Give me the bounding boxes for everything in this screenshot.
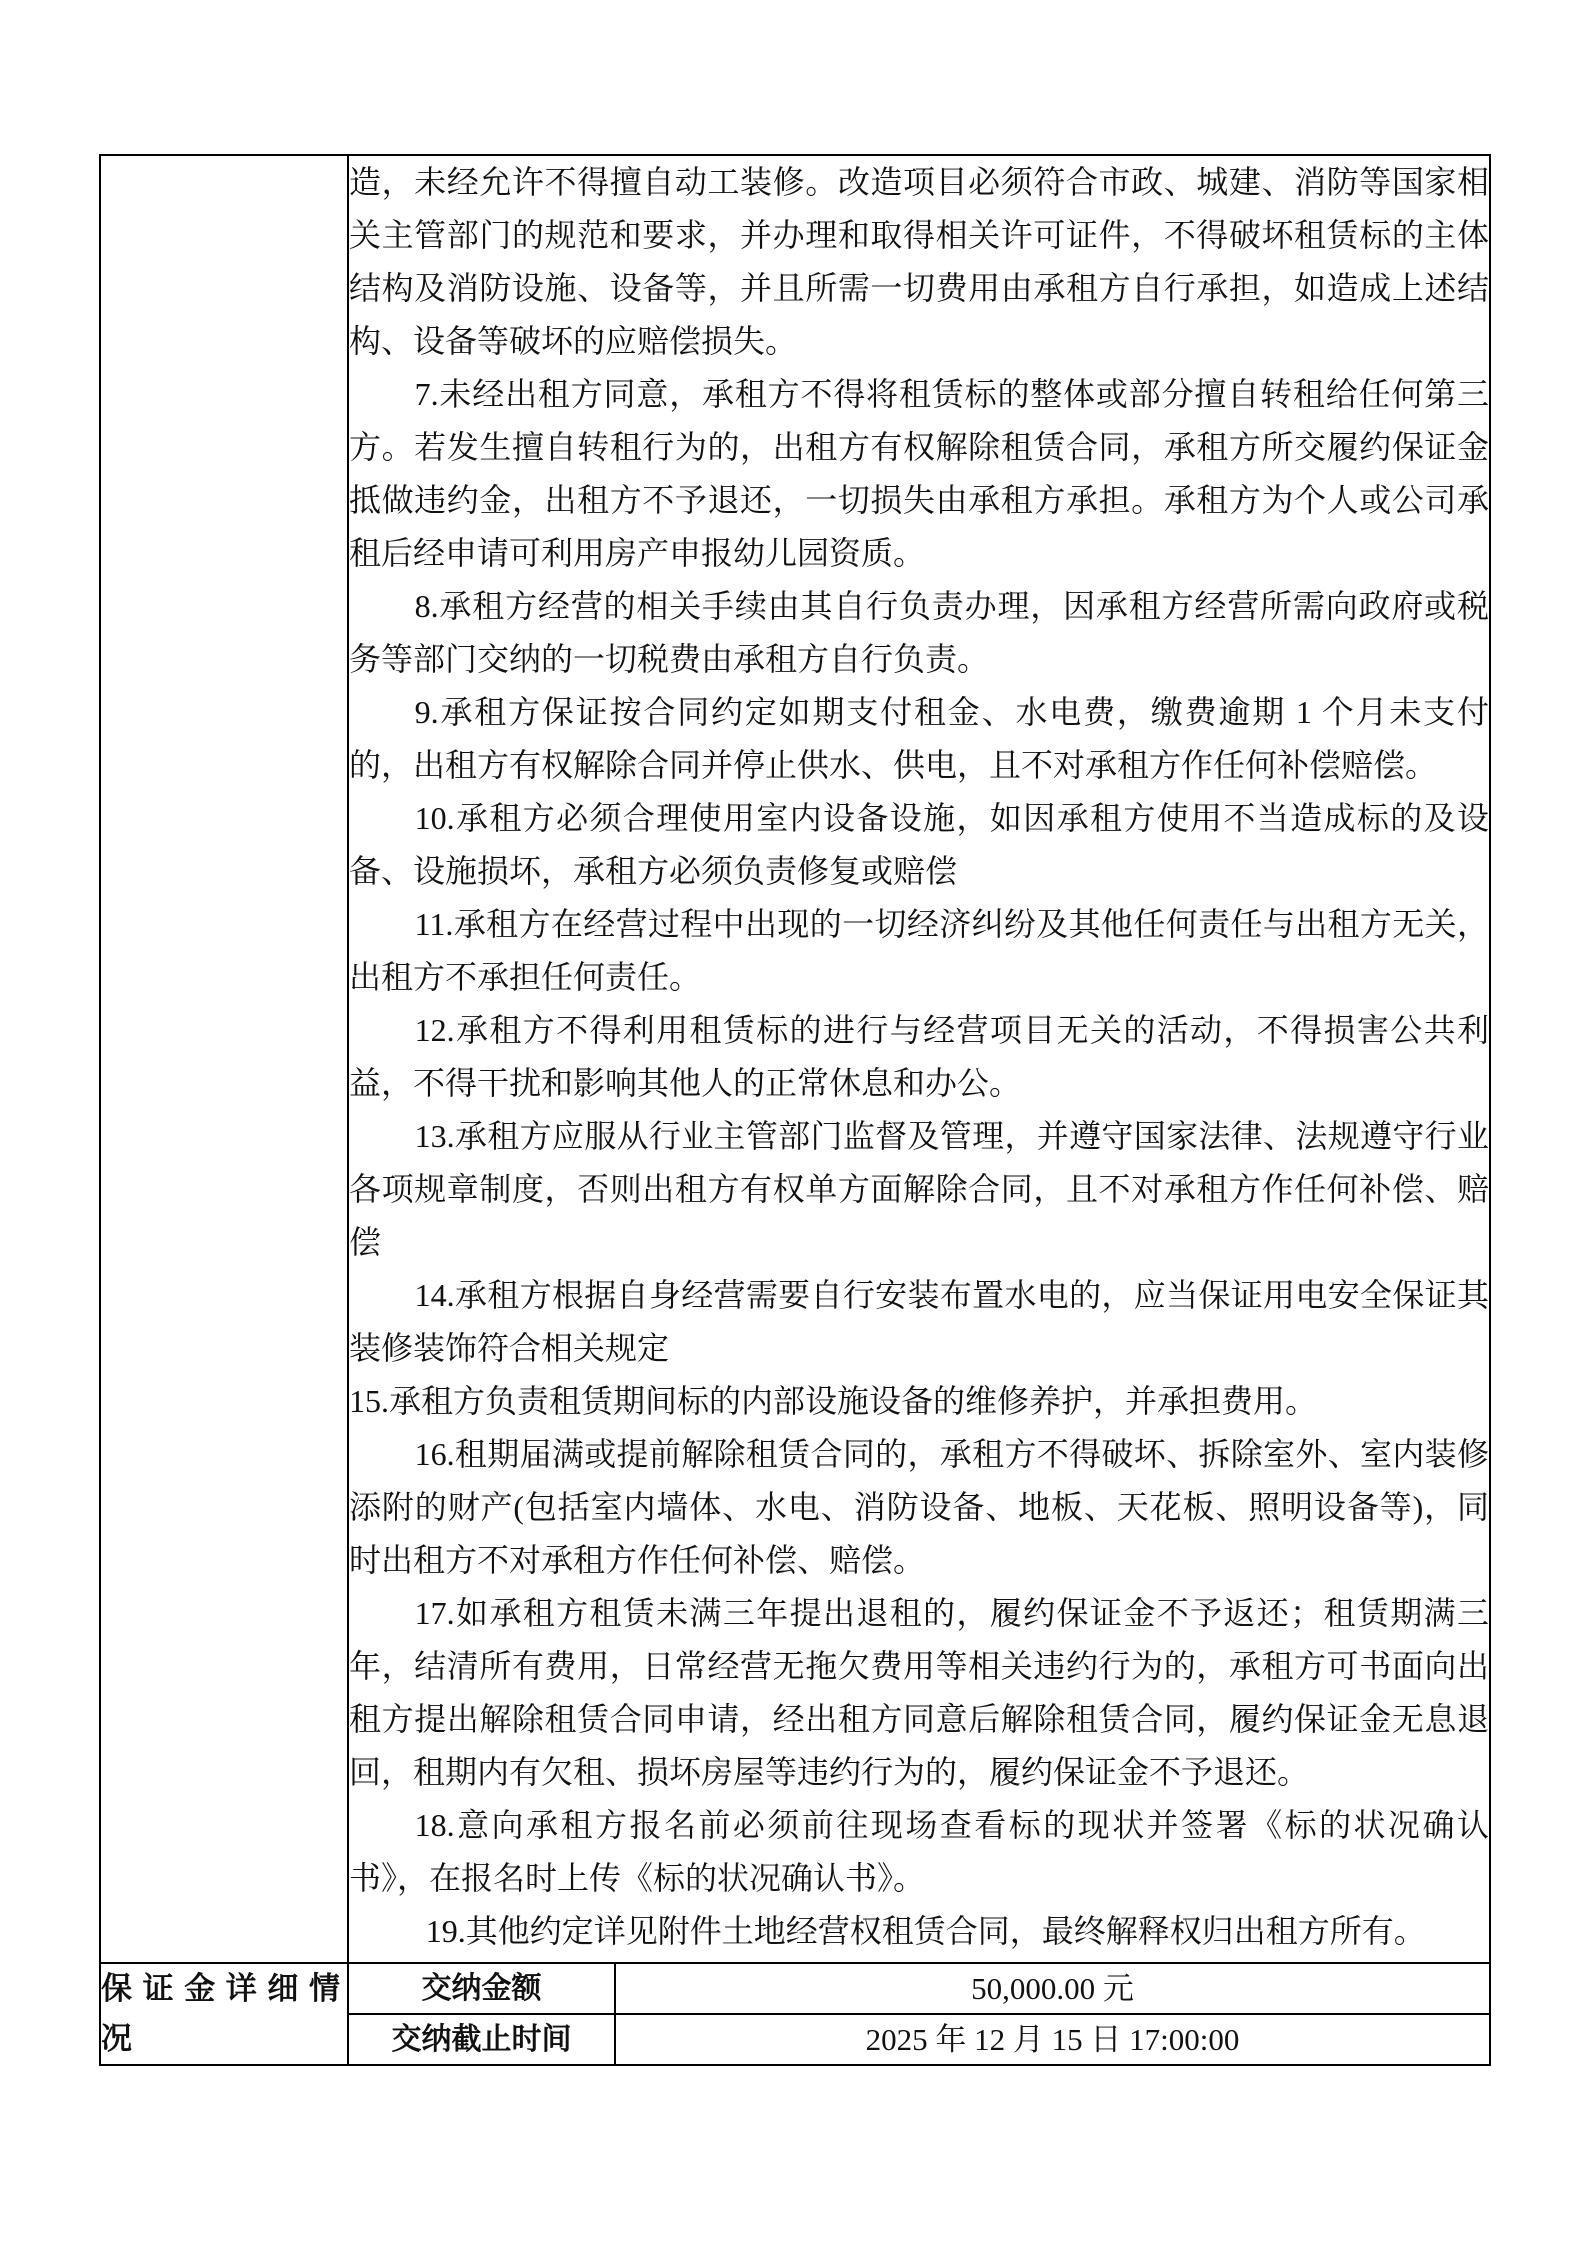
clause-paragraph-11: 11.承租方在经营过程中出现的一切经济纠纷及其他任何责任与出租方无关，出租方不承…: [349, 898, 1489, 1004]
deposit-amount-label: 交纳金额: [348, 1963, 615, 2014]
clause-paragraph-12: 12.承租方不得利用租赁标的进行与经营项目无关的活动，不得损害公共利益，不得干扰…: [349, 1004, 1489, 1110]
clause-paragraph-17: 17.如承租方租赁未满三年提出退租的，履约保证金不予返还；租赁期满三年，结清所有…: [349, 1587, 1489, 1799]
terms-text-block: 造，未经允许不得擅自动工装修。改造项目必须符合市政、城建、消防等国家相关主管部门…: [349, 156, 1489, 1958]
deposit-amount-value: 50,000.00 元: [615, 1963, 1490, 2014]
terms-row: 造，未经允许不得擅自动工装修。改造项目必须符合市政、城建、消防等国家相关主管部门…: [100, 155, 1490, 1963]
clause-paragraph-8: 8.承租方经营的相关手续由其自行负责办理，因承租方经营所需向政府或税务等部门交纳…: [349, 580, 1489, 686]
clause-paragraph-15: 15.承租方负责租赁期间标的内部设施设备的维修养护，并承担费用。: [349, 1375, 1489, 1428]
deposit-deadline-value: 2025 年 12 月 15 日 17:00:00: [615, 2014, 1490, 2065]
terms-content-cell: 造，未经允许不得擅自动工装修。改造项目必须符合市政、城建、消防等国家相关主管部门…: [348, 155, 1490, 1963]
clause-paragraph-continuation: 造，未经允许不得擅自动工装修。改造项目必须符合市政、城建、消防等国家相关主管部门…: [349, 156, 1489, 368]
clause-paragraph-9: 9.承租方保证按合同约定如期支付租金、水电费，缴费逾期 1 个月未支付的，出租方…: [349, 686, 1489, 792]
clause-paragraph-18: 18.意向承租方报名前必须前往现场查看标的现状并签署《标的状况确认书》，在报名时…: [349, 1799, 1489, 1905]
clause-paragraph-7: 7.未经出租方同意，承租方不得将租赁标的整体或部分擅自转租给任何第三方。若发生擅…: [349, 368, 1489, 580]
deposit-section-cell: 保证金详细情况: [100, 1963, 348, 2065]
terms-side-empty-cell: [100, 155, 348, 1963]
clause-paragraph-14: 14.承租方根据自身经营需要自行安装布置水电的，应当保证用电安全保证其装修装饰符…: [349, 1269, 1489, 1375]
clause-paragraph-10: 10.承租方必须合理使用室内设备设施，如因承租方使用不当造成标的及设备、设施损坏…: [349, 792, 1489, 898]
deposit-amount-row: 保证金详细情况 交纳金额 50,000.00 元: [100, 1963, 1490, 2014]
deposit-section-title: 保证金详细情况: [101, 1964, 347, 2064]
document-page: 造，未经允许不得擅自动工装修。改造项目必须符合市政、城建、消防等国家相关主管部门…: [0, 0, 1587, 2245]
deposit-deadline-label: 交纳截止时间: [348, 2014, 615, 2065]
terms-table: 造，未经允许不得擅自动工装修。改造项目必须符合市政、城建、消防等国家相关主管部门…: [99, 154, 1491, 2066]
clause-paragraph-13: 13.承租方应服从行业主管部门监督及管理，并遵守国家法律、法规遵守行业各项规章制…: [349, 1110, 1489, 1269]
clause-paragraph-19: 19.其他约定详见附件土地经营权租赁合同，最终解释权归出租方所有。: [349, 1905, 1489, 1958]
clause-paragraph-16: 16.租期届满或提前解除租赁合同的，承租方不得破坏、拆除室外、室内装修添附的财产…: [349, 1428, 1489, 1587]
